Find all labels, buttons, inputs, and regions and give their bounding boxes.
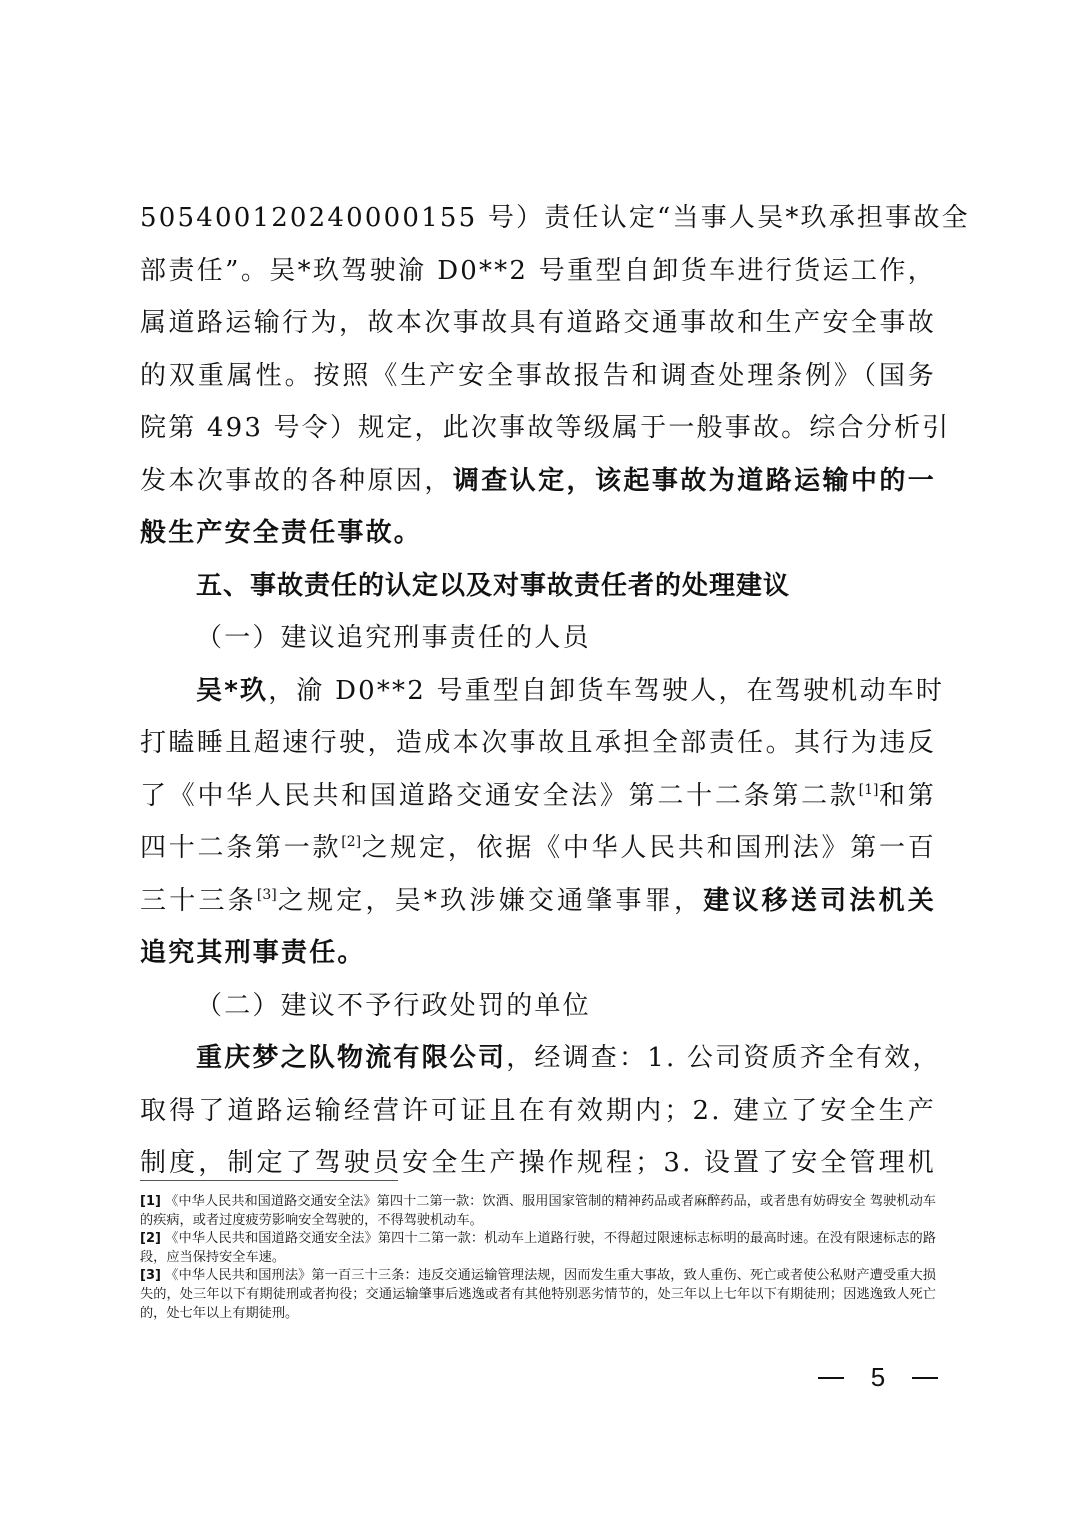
text-line: 吴*玖，渝 D0**2 号重型自卸货车驾驶人，在驾驶机动车时 — [140, 665, 936, 718]
document-page: 505400120240000155 号）责任认定“当事人吴*玖承担事故全 部责… — [0, 0, 1074, 1520]
footnotes: [1] 《中华人民共和国道路交通安全法》第四十二第一款：饮酒、服用国家管制的精神… — [140, 1193, 936, 1323]
footnote-ref[interactable]: [1] — [859, 782, 879, 798]
dash-right — [912, 1377, 938, 1379]
person-name: 吴*玖 — [196, 676, 268, 706]
text-line: 四十二条第一款[2]之规定，依据《中华人民共和国刑法》第一百 — [140, 822, 936, 875]
footnote-ref[interactable]: [3] — [257, 887, 277, 903]
text-line: 发本次事故的各种原因，调查认定，该起事故为道路运输中的一 — [140, 455, 936, 508]
footnote-1: [1] 《中华人民共和国道路交通安全法》第四十二第一款：饮酒、服用国家管制的精神… — [140, 1193, 936, 1230]
page-number: 5 — [818, 1362, 938, 1393]
text-line: 重庆梦之队物流有限公司，经调查：1. 公司资质齐全有效， — [140, 1032, 936, 1085]
footnote-2: [2] 《中华人民共和国道路交通安全法》第四十二第一款：机动车上道路行驶，不得超… — [140, 1230, 936, 1267]
footnote-ref[interactable]: [2] — [341, 834, 361, 850]
section-heading: 五、事故责任的认定以及对事故责任者的处理建议 — [140, 560, 936, 613]
text-line: 取得了道路运输经营许可证且在有效期内；2. 建立了安全生产 — [140, 1085, 936, 1138]
text-line: 追究其刑事责任。 — [140, 927, 936, 980]
text-line: 的双重属性。按照《生产安全事故报告和调查处理条例》（国务 — [140, 350, 936, 403]
text-line: 制度，制定了驾驶员安全生产操作规程；3. 设置了安全管理机 — [140, 1137, 936, 1190]
footnote-divider — [140, 1180, 398, 1181]
recommendation-bold: 追究其刑事责任。 — [140, 938, 366, 968]
text-line: 部责任”。吴*玖驾驶渝 D0**2 号重型自卸货车进行货运工作， — [140, 245, 936, 298]
conclusion-bold: 般生产安全责任事故。 — [140, 518, 422, 548]
recommendation-bold: 建议移送司法机关 — [703, 886, 936, 916]
company-name: 重庆梦之队物流有限公司 — [196, 1043, 506, 1073]
page-number-value: 5 — [871, 1362, 885, 1393]
subsection-heading: （二）建议不予行政处罚的单位 — [140, 980, 936, 1033]
text-line: 打瞌睡且超速行驶，造成本次事故且承担全部责任。其行为违反 — [140, 717, 936, 770]
text-line: 了《中华人民共和国道路交通安全法》第二十二条第二款[1]和第 — [140, 770, 936, 823]
subsection-heading: （一）建议追究刑事责任的人员 — [140, 612, 936, 665]
text-line: 院第 493 号令）规定，此次事故等级属于一般事故。综合分析引 — [140, 402, 936, 455]
text-line: 三十三条[3]之规定，吴*玖涉嫌交通肇事罪，建议移送司法机关 — [140, 875, 936, 928]
dash-left — [818, 1377, 844, 1379]
text-line: 属道路运输行为，故本次事故具有道路交通事故和生产安全事故 — [140, 297, 936, 350]
conclusion-bold: 调查认定，该起事故为道路运输中的一 — [453, 466, 936, 496]
text-line: 505400120240000155 号）责任认定“当事人吴*玖承担事故全 — [140, 192, 936, 245]
footnote-3: [3] 《中华人民共和国刑法》第一百三十三条：违反交通运输管理法规，因而发生重大… — [140, 1267, 936, 1323]
body-text: 505400120240000155 号）责任认定“当事人吴*玖承担事故全 部责… — [140, 192, 936, 1190]
text-line: 般生产安全责任事故。 — [140, 507, 936, 560]
